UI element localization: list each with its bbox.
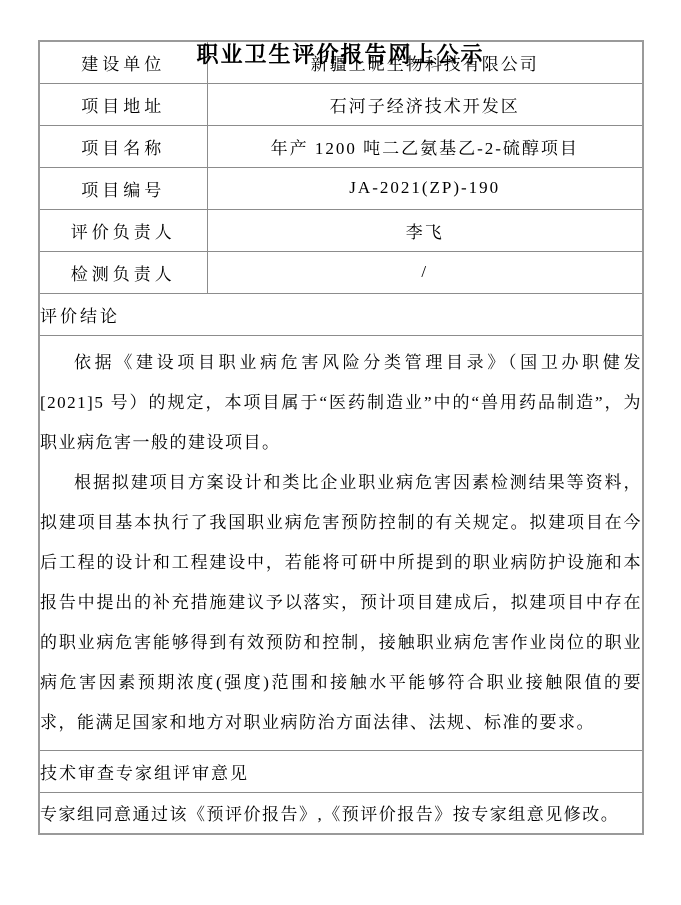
table-row-project-address: 项目地址 石河子经济技术开发区 [39, 83, 643, 125]
table-row-expert-review-opinion: 专家组同意通过该《预评价报告》,《预评价报告》按专家组意见修改。 [39, 792, 643, 834]
field-label-testing-leader: 检测负责人 [39, 251, 207, 293]
table-row-conclusion-body: 依据《建设项目职业病危害风险分类管理目录》（国卫办职健发[2021]5 号）的规… [39, 335, 643, 750]
table-row-conclusion-header: 评价结论 [39, 293, 643, 335]
table-row-project-number: 项目编号 JA-2021(ZP)-190 [39, 167, 643, 209]
field-value-project-name: 年产 1200 吨二乙氨基乙-2-硫醇项目 [207, 125, 643, 167]
table-row-testing-leader: 检测负责人 / [39, 251, 643, 293]
table-row-project-name: 项目名称 年产 1200 吨二乙氨基乙-2-硫醇项目 [39, 125, 643, 167]
field-label-construction-unit: 建设单位 [39, 41, 207, 83]
document-page: 职业卫生评价报告网上公示 建设单位 新疆上昵生物科技有限公司 项目地址 石河子经… [0, 0, 681, 905]
conclusion-body: 依据《建设项目职业病危害风险分类管理目录》（国卫办职健发[2021]5 号）的规… [39, 335, 643, 750]
field-label-project-address: 项目地址 [39, 83, 207, 125]
field-value-project-address: 石河子经济技术开发区 [207, 83, 643, 125]
field-label-project-number: 项目编号 [39, 167, 207, 209]
field-value-evaluation-leader: 李飞 [207, 209, 643, 251]
page-title: 职业卫生评价报告网上公示 [0, 0, 681, 40]
field-label-project-name: 项目名称 [39, 125, 207, 167]
table-row-expert-review-header: 技术审查专家组评审意见 [39, 750, 643, 792]
publicity-table: 建设单位 新疆上昵生物科技有限公司 项目地址 石河子经济技术开发区 项目名称 年… [38, 40, 644, 835]
conclusion-paragraph-2: 根据拟建项目方案设计和类比企业职业病危害因素检测结果等资料，拟建项目基本执行了我… [40, 463, 642, 743]
field-value-project-number: JA-2021(ZP)-190 [207, 167, 643, 209]
conclusion-header: 评价结论 [39, 293, 643, 335]
field-label-evaluation-leader: 评价负责人 [39, 209, 207, 251]
expert-review-opinion: 专家组同意通过该《预评价报告》,《预评价报告》按专家组意见修改。 [39, 792, 643, 834]
conclusion-paragraph-1: 依据《建设项目职业病危害风险分类管理目录》（国卫办职健发[2021]5 号）的规… [40, 343, 642, 463]
field-value-testing-leader: / [207, 251, 643, 293]
table-row-evaluation-leader: 评价负责人 李飞 [39, 209, 643, 251]
expert-review-header: 技术审查专家组评审意见 [39, 750, 643, 792]
